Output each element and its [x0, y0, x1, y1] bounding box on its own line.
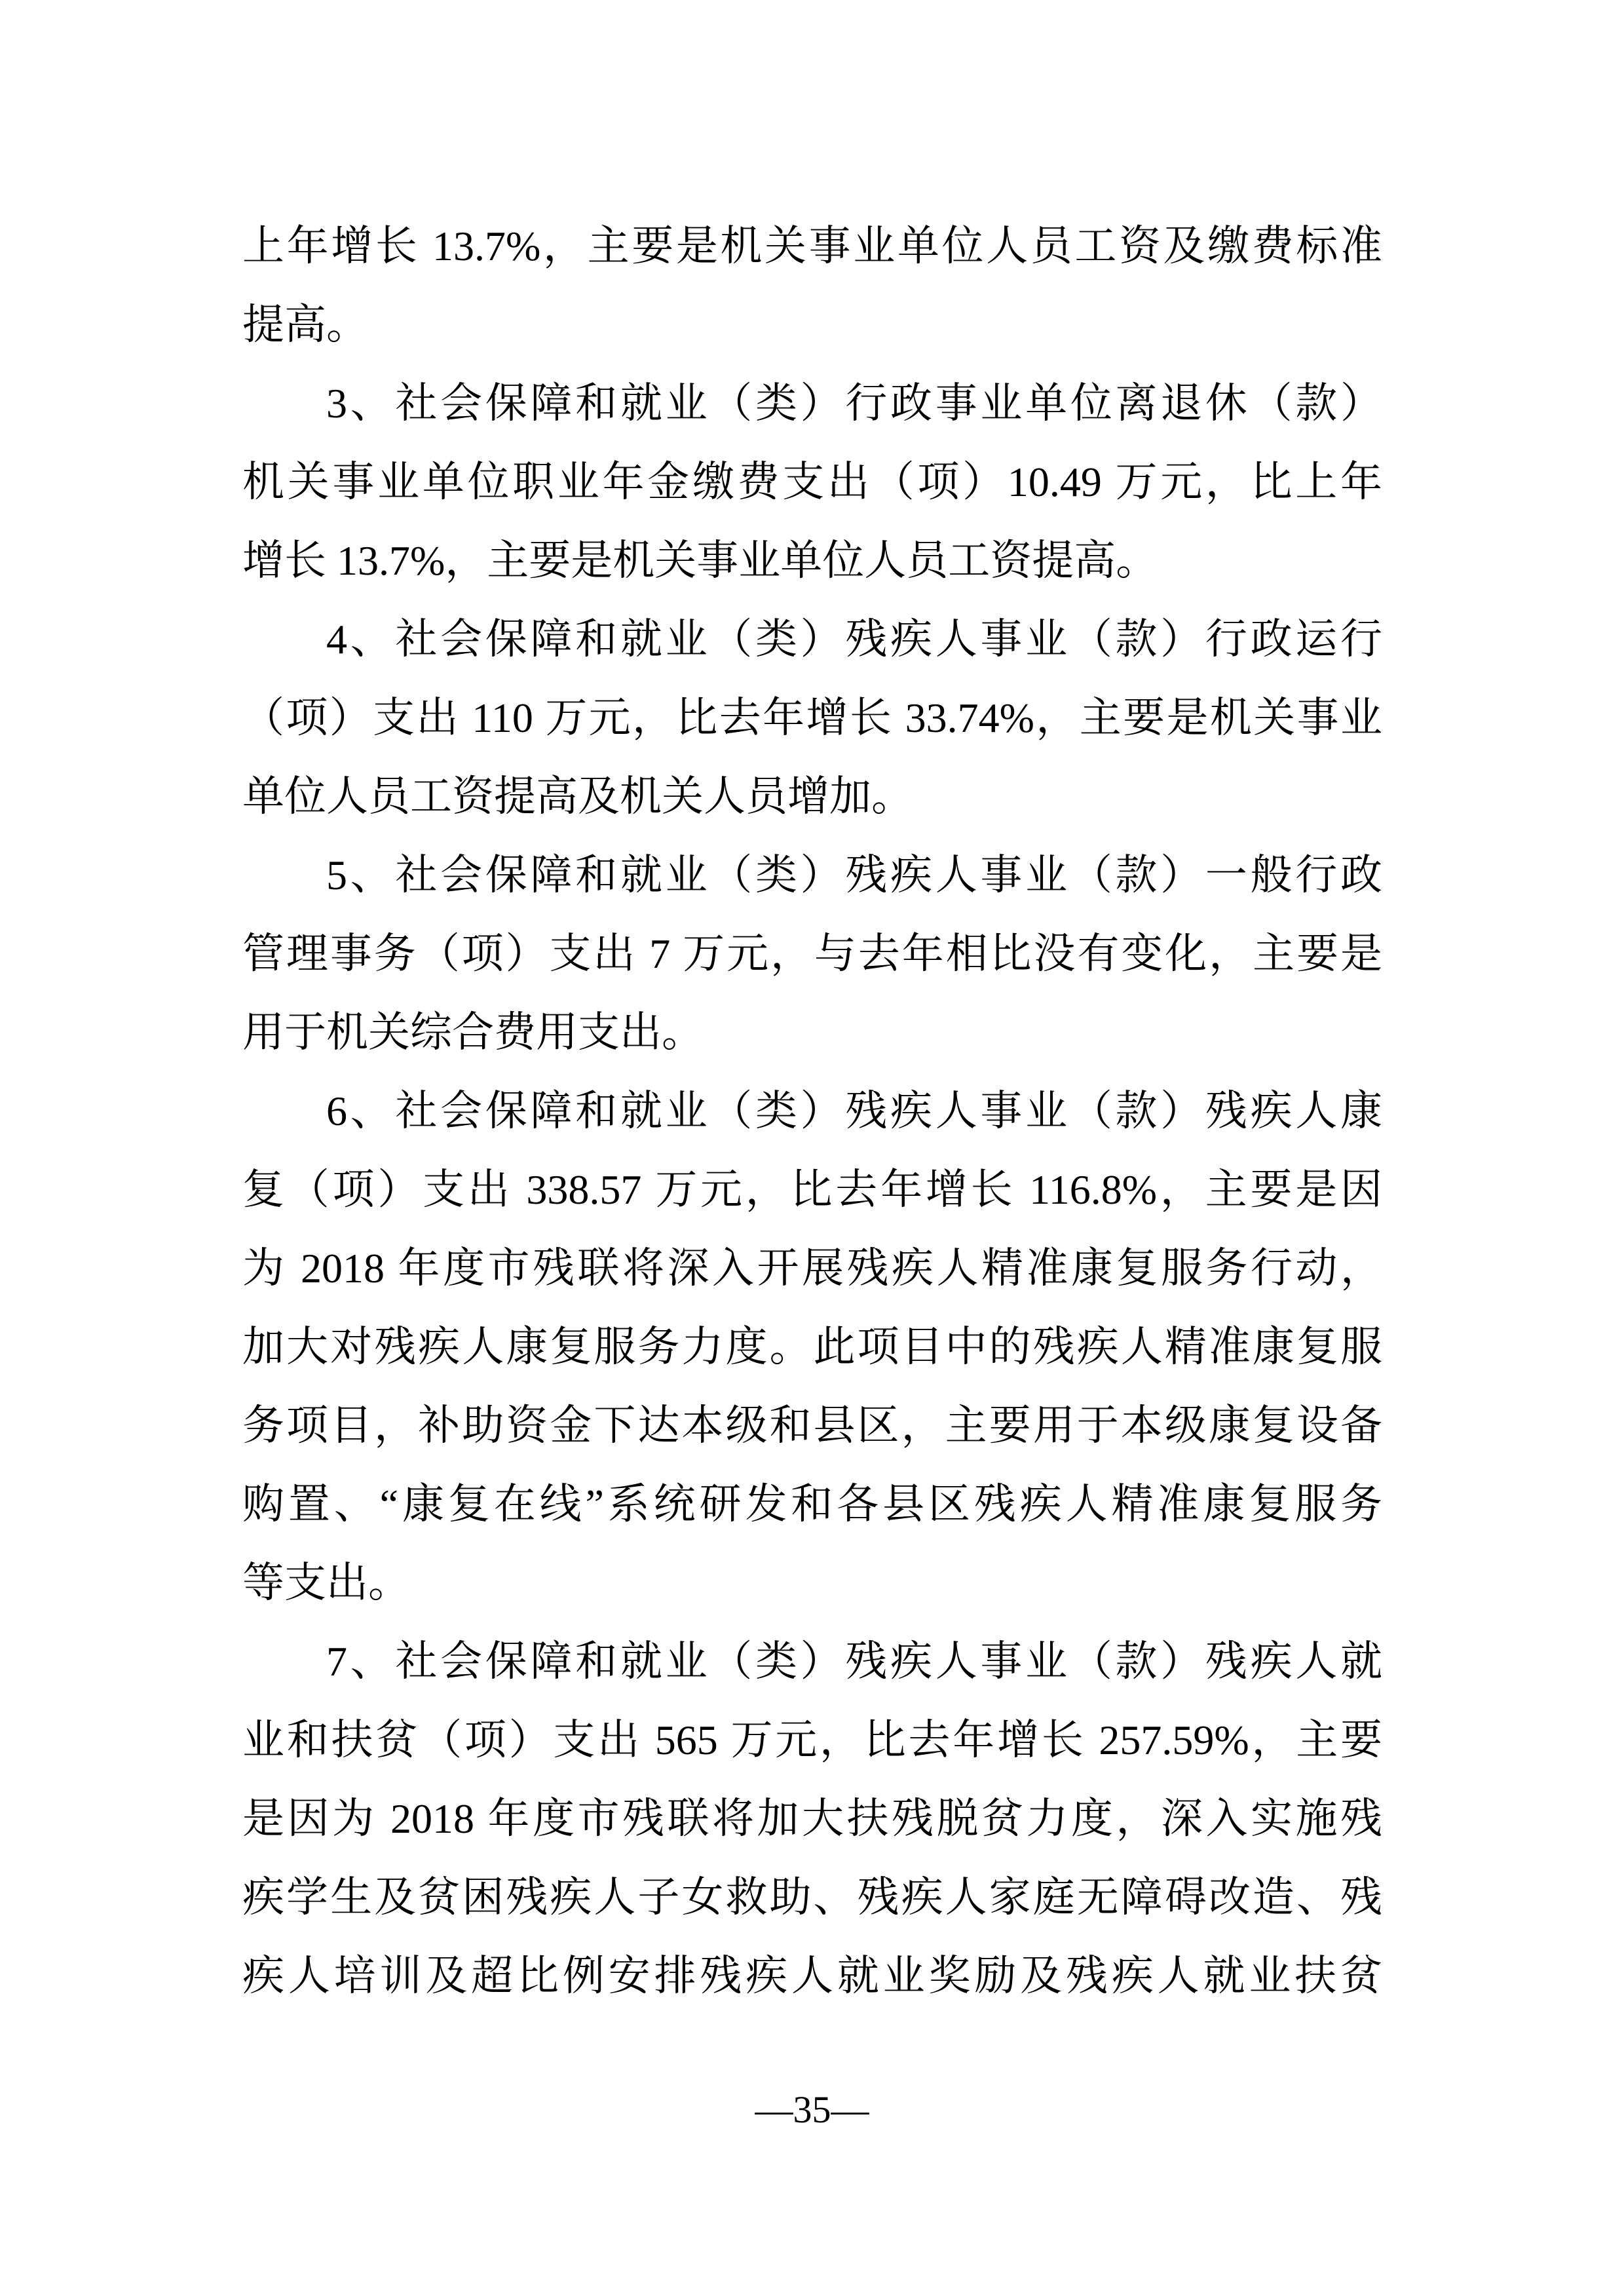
- text-line: 3、社会保障和就业（类）行政事业单位离退休（款）: [242, 364, 1382, 443]
- text-line: 疾人培训及超比例安排残疾人就业奖励及残疾人就业扶贫: [242, 1937, 1382, 2016]
- text-line: 提高。: [242, 286, 1382, 364]
- text-line: 4、社会保障和就业（类）残疾人事业（款）行政运行: [242, 600, 1382, 679]
- text-line: 购置、“康复在线”系统研发和各县区残疾人精准康复服务: [242, 1465, 1382, 1544]
- text-line: 5、社会保障和就业（类）残疾人事业（款）一般行政: [242, 836, 1382, 915]
- text-line: 单位人员工资提高及机关人员增加。: [242, 757, 1382, 836]
- text-line: 是因为 2018 年度市残联将加大扶残脱贫力度，深入实施残: [242, 1780, 1382, 1858]
- text-line: 业和扶贫（项）支出 565 万元，比去年增长 257.59%，主要: [242, 1701, 1382, 1780]
- text-line: 7、社会保障和就业（类）残疾人事业（款）残疾人就: [242, 1622, 1382, 1701]
- text-line: 机关事业单位职业年金缴费支出（项）10.49 万元，比上年: [242, 443, 1382, 522]
- text-line: 疾学生及贫困残疾人子女救助、残疾人家庭无障碍改造、残: [242, 1858, 1382, 1937]
- text-line: 为 2018 年度市残联将深入开展残疾人精准康复服务行动，: [242, 1229, 1382, 1308]
- text-line: 6、社会保障和就业（类）残疾人事业（款）残疾人康: [242, 1072, 1382, 1151]
- text-line: （项）支出 110 万元，比去年增长 33.74%，主要是机关事业: [242, 679, 1382, 757]
- text-line: 管理事务（项）支出 7 万元，与去年相比没有变化，主要是: [242, 915, 1382, 993]
- text-line: 增长 13.7%，主要是机关事业单位人员工资提高。: [242, 522, 1382, 600]
- text-line: 上年增长 13.7%，主要是机关事业单位人员工资及缴费标准: [242, 207, 1382, 286]
- text-line: 等支出。: [242, 1544, 1382, 1622]
- text-line: 复（项）支出 338.57 万元，比去年增长 116.8%，主要是因: [242, 1151, 1382, 1229]
- text-line: 用于机关综合费用支出。: [242, 993, 1382, 1072]
- page-number: —35—: [0, 2087, 1624, 2133]
- document-page: 上年增长 13.7%，主要是机关事业单位人员工资及缴费标准 提高。 3、社会保障…: [0, 0, 1624, 2296]
- document-body-text: 上年增长 13.7%，主要是机关事业单位人员工资及缴费标准 提高。 3、社会保障…: [242, 207, 1382, 2016]
- text-line: 加大对残疾人康复服务力度。此项目中的残疾人精准康复服: [242, 1308, 1382, 1387]
- text-line: 务项目，补助资金下达本级和县区，主要用于本级康复设备: [242, 1387, 1382, 1465]
